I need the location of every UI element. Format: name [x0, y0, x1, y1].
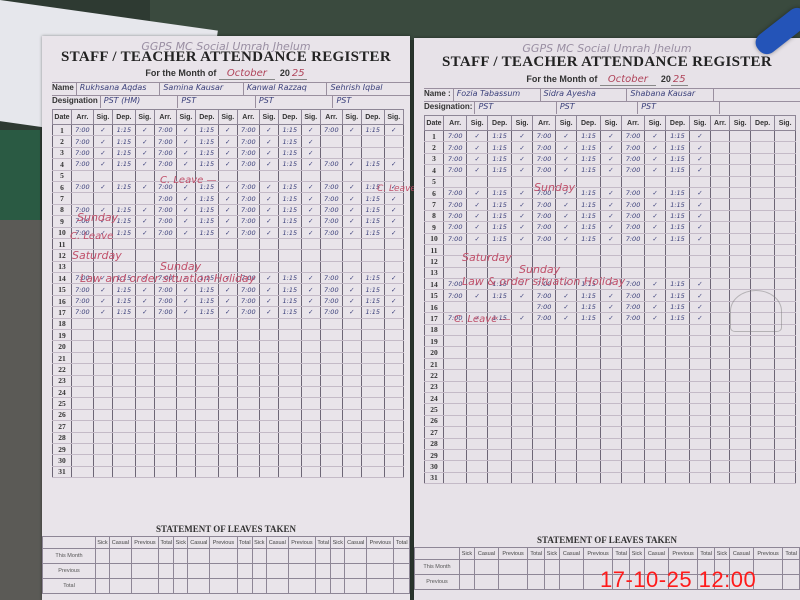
attendance-cell	[301, 341, 320, 352]
attendance-cell	[710, 381, 730, 392]
attendance-cell	[218, 261, 237, 272]
attendance-cell	[665, 244, 689, 255]
leaves-cell	[237, 579, 252, 594]
attendance-cell: 7:00	[444, 233, 467, 244]
note-saturday: Saturday	[72, 249, 122, 262]
attendance-cell	[301, 170, 320, 181]
attendance-cell	[621, 449, 644, 460]
attendance-cell	[154, 341, 176, 352]
attendance-cell	[320, 318, 342, 329]
attendance-cell	[301, 364, 320, 375]
table-row: 29	[53, 443, 404, 454]
attendance-cell	[362, 250, 385, 261]
attendance-cell	[362, 398, 385, 409]
attendance-cell	[690, 438, 711, 449]
attendance-cell: 1:15	[665, 313, 689, 324]
attendance-cell	[113, 352, 136, 363]
attendance-cell	[645, 267, 666, 278]
leaves-cell	[316, 549, 331, 564]
attendance-cell	[621, 381, 644, 392]
leaves-column-header: Total	[613, 548, 630, 560]
attendance-cell	[730, 358, 751, 369]
attendance-cell	[665, 438, 689, 449]
leaves-column-header: Casual	[345, 537, 367, 549]
leaves-cell	[288, 579, 315, 594]
attendance-cell: 1:15	[665, 279, 689, 290]
attendance-cell: ✓	[342, 159, 361, 170]
attendance-cell	[93, 193, 112, 204]
attendance-cell: ✓	[467, 199, 488, 210]
attendance-cell: 7:00	[621, 210, 644, 221]
attendance-cell	[320, 238, 342, 249]
leaves-cell	[331, 549, 345, 564]
leaves-column-header: Sick	[96, 537, 110, 549]
column-header: Sig.	[259, 110, 278, 125]
name-row: Name : Fozia Tabassum Sidra Ayesha Shaba…	[424, 88, 800, 101]
attendance-cell	[556, 404, 577, 415]
attendance-cell	[751, 187, 775, 198]
attendance-cell	[730, 336, 751, 347]
attendance-cell	[218, 386, 237, 397]
column-header: Dep.	[488, 116, 512, 131]
attendance-cell	[301, 455, 320, 466]
attendance-cell: 1:15	[576, 290, 600, 301]
attendance-cell	[154, 455, 176, 466]
column-header: Arr.	[320, 110, 342, 125]
attendance-cell	[218, 250, 237, 261]
attendance-cell	[154, 409, 176, 420]
attendance-cell: 7:00	[320, 284, 342, 295]
attendance-cell	[601, 176, 622, 187]
attendance-cell: ✓	[301, 295, 320, 306]
attendance-cell	[751, 199, 775, 210]
attendance-cell	[556, 392, 577, 403]
attendance-cell: ✓	[384, 273, 403, 284]
leaves-column-header: Total	[316, 537, 331, 549]
table-row: 17:00✓1:15✓7:00✓1:15✓7:00✓1:15✓7:00✓1:15…	[53, 125, 404, 136]
attendance-cell: 1:15	[113, 307, 136, 318]
leaves-title: STATEMENT OF LEAVES TAKEN	[414, 535, 800, 547]
attendance-cell: ✓	[135, 125, 154, 136]
attendance-cell: 7:00	[444, 131, 467, 142]
attendance-cell	[467, 392, 488, 403]
staff-name: Rukhsana Aqdas	[76, 83, 160, 95]
attendance-cell	[72, 443, 94, 454]
attendance-cell: ✓	[601, 199, 622, 210]
attendance-cell: ✓	[690, 290, 711, 301]
leaves-column-header: Total	[159, 537, 174, 549]
attendance-cell	[576, 256, 600, 267]
attendance-cell: ✓	[601, 142, 622, 153]
attendance-cell	[690, 381, 711, 392]
attendance-cell	[196, 421, 219, 432]
attendance-cell	[645, 415, 666, 426]
attendance-cell: ✓	[690, 279, 711, 290]
date-cell: 22	[53, 364, 72, 375]
table-row: 30	[425, 461, 796, 472]
date-cell: 29	[53, 443, 72, 454]
attendance-cell	[775, 461, 796, 472]
attendance-cell	[237, 341, 259, 352]
attendance-cell	[532, 347, 555, 358]
attendance-cell	[259, 250, 278, 261]
staff-name: Fozia Tabassum	[453, 89, 540, 101]
attendance-cell	[237, 398, 259, 409]
attendance-cell	[135, 409, 154, 420]
leaves-cell	[266, 564, 288, 579]
attendance-cell	[751, 222, 775, 233]
attendance-cell	[532, 392, 555, 403]
designation-row: Designation: PST PST PST	[424, 101, 800, 114]
designation-label: Designation	[52, 96, 100, 108]
year-value: 25	[671, 74, 688, 86]
attendance-cell	[196, 455, 219, 466]
date-cell: 12	[425, 256, 444, 267]
attendance-cell	[237, 364, 259, 375]
attendance-cell	[154, 466, 176, 477]
leaves-cell	[109, 549, 131, 564]
attendance-cell	[72, 409, 94, 420]
date-cell: 12	[53, 250, 72, 261]
attendance-cell: 1:15	[665, 165, 689, 176]
attendance-cell	[196, 386, 219, 397]
attendance-cell	[512, 472, 533, 483]
attendance-cell	[362, 443, 385, 454]
attendance-cell	[710, 336, 730, 347]
register-title: STAFF / TEACHER ATTENDANCE REGISTER	[42, 49, 410, 66]
attendance-cell	[196, 352, 219, 363]
leaves-cell	[131, 579, 158, 594]
attendance-cell	[342, 398, 361, 409]
attendance-cell	[488, 301, 512, 312]
leaves-column-header: Casual	[644, 548, 668, 560]
attendance-cell	[665, 347, 689, 358]
date-cell: 7	[425, 199, 444, 210]
note-saturday: Saturday	[462, 251, 512, 264]
leaves-cell	[188, 549, 210, 564]
attendance-cell	[342, 238, 361, 249]
attendance-cell	[751, 347, 775, 358]
leaves-cell	[252, 564, 266, 579]
attendance-cell: 7:00	[154, 147, 176, 158]
staff-designation: PST	[474, 102, 555, 114]
attendance-cell	[342, 432, 361, 443]
register-title: STAFF / TEACHER ATTENDANCE REGISTER	[414, 54, 800, 71]
register-page-left: GGPS MC Social Umrah Jhelum STAFF / TEAC…	[42, 36, 410, 600]
table-row: 31	[53, 466, 404, 477]
attendance-cell	[556, 461, 577, 472]
table-row: 28	[425, 438, 796, 449]
leaves-column-header: Previous	[753, 548, 783, 560]
date-cell: 18	[425, 324, 444, 335]
date-cell: 3	[425, 153, 444, 164]
leaves-row-label: Previous	[415, 575, 460, 590]
leaves-cell	[331, 564, 345, 579]
attendance-cell: 7:00	[154, 136, 176, 147]
attendance-cell	[576, 449, 600, 460]
attendance-cell	[751, 370, 775, 381]
attendance-cell	[279, 250, 302, 261]
attendance-cell	[320, 455, 342, 466]
attendance-cell: 7:00	[320, 216, 342, 227]
attendance-cell	[342, 147, 361, 158]
attendance-cell: ✓	[259, 136, 278, 147]
attendance-cell	[710, 210, 730, 221]
attendance-cell	[444, 381, 467, 392]
attendance-cell	[320, 261, 342, 272]
table-row: 25	[53, 398, 404, 409]
attendance-cell: ✓	[259, 125, 278, 136]
designation-label: Designation:	[424, 102, 474, 114]
attendance-cell	[237, 443, 259, 454]
attendance-cell	[532, 427, 555, 438]
attendance-cell	[556, 336, 577, 347]
attendance-cell	[601, 336, 622, 347]
attendance-cell: ✓	[512, 199, 533, 210]
attendance-cell: 1:15	[279, 159, 302, 170]
table-row: 28	[53, 432, 404, 443]
date-cell: 14	[425, 279, 444, 290]
attendance-cell	[342, 341, 361, 352]
attendance-cell: ✓	[135, 295, 154, 306]
leaves-column-header: Casual	[266, 537, 288, 549]
attendance-cell	[690, 358, 711, 369]
attendance-cell	[237, 238, 259, 249]
attendance-cell: ✓	[93, 136, 112, 147]
attendance-cell	[196, 364, 219, 375]
attendance-cell	[362, 375, 385, 386]
attendance-cell	[488, 415, 512, 426]
attendance-cell: 1:15	[362, 216, 385, 227]
leaves-cell	[96, 549, 110, 564]
leaves-column-header: Total	[698, 548, 715, 560]
attendance-cell	[135, 330, 154, 341]
column-header: Sig.	[512, 116, 533, 131]
attendance-cell	[259, 409, 278, 420]
attendance-cell: ✓	[176, 204, 195, 215]
attendance-cell	[237, 432, 259, 443]
attendance-cell: ✓	[512, 290, 533, 301]
attendance-cell	[279, 170, 302, 181]
date-cell: 8	[425, 210, 444, 221]
attendance-cell	[710, 244, 730, 255]
attendance-cell	[320, 398, 342, 409]
attendance-cell	[93, 421, 112, 432]
attendance-cell: ✓	[467, 210, 488, 221]
attendance-cell	[512, 449, 533, 460]
month-label: For the Month of	[145, 68, 216, 78]
attendance-cell	[576, 336, 600, 347]
attendance-cell	[237, 318, 259, 329]
attendance-cell: ✓	[384, 307, 403, 318]
attendance-cell: ✓	[135, 181, 154, 192]
attendance-cell: 1:15	[279, 147, 302, 158]
leaves-row: Total	[43, 579, 410, 594]
attendance-cell: 1:15	[113, 147, 136, 158]
attendance-cell	[154, 443, 176, 454]
leaves-cell	[159, 579, 174, 594]
date-cell: 4	[425, 165, 444, 176]
attendance-cell	[665, 449, 689, 460]
table-row: 27:00✓1:15✓7:00✓1:15✓7:00✓1:15✓	[53, 136, 404, 147]
attendance-cell: 1:15	[362, 227, 385, 238]
leaves-cell	[331, 579, 345, 594]
attendance-cell	[218, 352, 237, 363]
designation-row: Designation PST (HM) PST PST PST	[52, 95, 410, 108]
attendance-cell	[320, 170, 342, 181]
attendance-cell	[279, 409, 302, 420]
attendance-cell	[690, 256, 711, 267]
leaves-cell	[367, 564, 394, 579]
attendance-cell	[301, 238, 320, 249]
attendance-cell: 1:15	[488, 210, 512, 221]
leaves-cell	[345, 579, 367, 594]
attendance-cell	[72, 421, 94, 432]
attendance-cell: ✓	[690, 187, 711, 198]
attendance-cell: 7:00	[444, 210, 467, 221]
attendance-cell	[488, 461, 512, 472]
attendance-cell	[576, 461, 600, 472]
attendance-cell: 1:15	[279, 216, 302, 227]
attendance-cell	[751, 427, 775, 438]
attendance-cell: 7:00	[154, 307, 176, 318]
attendance-cell	[342, 409, 361, 420]
attendance-cell	[196, 466, 219, 477]
attendance-cell: ✓	[218, 284, 237, 295]
staff-designation: PST	[556, 102, 637, 114]
attendance-cell	[72, 330, 94, 341]
attendance-cell: ✓	[645, 210, 666, 221]
leaves-row-label: This Month	[43, 549, 96, 564]
attendance-cell	[93, 261, 112, 272]
table-row: 30	[53, 455, 404, 466]
attendance-cell	[384, 443, 403, 454]
staff-name: Kanwal Razzaq	[243, 83, 327, 95]
attendance-cell	[135, 466, 154, 477]
attendance-cell	[93, 466, 112, 477]
attendance-cell: ✓	[601, 153, 622, 164]
attendance-cell	[576, 415, 600, 426]
date-cell: 30	[53, 455, 72, 466]
attendance-cell	[467, 176, 488, 187]
attendance-cell	[176, 318, 195, 329]
attendance-cell	[113, 432, 136, 443]
leaves-column-header: Sick	[460, 548, 475, 560]
attendance-cell: 1:15	[576, 142, 600, 153]
staff-name: Sidra Ayesha	[540, 89, 627, 101]
attendance-cell: 7:00	[72, 159, 94, 170]
table-row: 23	[425, 381, 796, 392]
date-cell: 10	[425, 233, 444, 244]
attendance-cell: ✓	[384, 193, 403, 204]
attendance-cell: ✓	[384, 159, 403, 170]
attendance-cell: ✓	[218, 159, 237, 170]
attendance-cell	[93, 432, 112, 443]
attendance-cell	[556, 427, 577, 438]
table-row: 31	[425, 472, 796, 483]
attendance-cell	[218, 375, 237, 386]
month-line: For the Month of October 2025	[42, 68, 410, 79]
leaves-column-header: Total	[394, 537, 410, 549]
attendance-cell	[556, 381, 577, 392]
attendance-cell	[751, 461, 775, 472]
attendance-cell	[72, 341, 94, 352]
attendance-cell: ✓	[384, 284, 403, 295]
attendance-cell	[218, 466, 237, 477]
timestamp-overlay: 17-10-25 12:00	[600, 567, 756, 593]
attendance-cell	[218, 330, 237, 341]
attendance-cell	[279, 364, 302, 375]
staff-designation: PST (HM)	[100, 96, 178, 108]
attendance-cell	[362, 261, 385, 272]
date-cell: 21	[425, 358, 444, 369]
attendance-cell	[384, 250, 403, 261]
leaves-cell	[174, 579, 188, 594]
attendance-cell	[237, 330, 259, 341]
attendance-cell: 1:15	[196, 136, 219, 147]
attendance-cell: 1:15	[362, 295, 385, 306]
month-label: For the Month of	[526, 74, 597, 84]
attendance-cell: ✓	[342, 216, 361, 227]
attendance-cell: 1:15	[576, 233, 600, 244]
attendance-cell	[320, 341, 342, 352]
attendance-cell	[72, 170, 94, 181]
attendance-cell	[93, 398, 112, 409]
table-row: 77:00✓1:15✓7:00✓1:15✓7:00✓1:15✓	[425, 199, 796, 210]
attendance-cell	[384, 455, 403, 466]
attendance-cell: ✓	[556, 290, 577, 301]
attendance-cell: ✓	[135, 204, 154, 215]
attendance-cell	[751, 153, 775, 164]
attendance-cell	[751, 267, 775, 278]
attendance-cell	[710, 427, 730, 438]
attendance-cell	[237, 261, 259, 272]
attendance-cell	[384, 261, 403, 272]
leaves-column-header: Sick	[629, 548, 644, 560]
staff-designation: PST	[177, 96, 255, 108]
attendance-cell	[601, 358, 622, 369]
signature-mark	[730, 290, 782, 332]
attendance-cell: ✓	[512, 165, 533, 176]
attendance-cell: 7:00	[621, 222, 644, 233]
attendance-cell: 1:15	[665, 131, 689, 142]
attendance-cell	[237, 375, 259, 386]
attendance-cell	[320, 330, 342, 341]
attendance-cell: 7:00	[237, 136, 259, 147]
leaves-table: SickCasualPreviousTotalSickCasualPreviou…	[42, 536, 410, 594]
attendance-cell: 1:15	[665, 233, 689, 244]
attendance-cell	[665, 392, 689, 403]
date-cell: 3	[53, 147, 72, 158]
leaves-column-header: Casual	[559, 548, 583, 560]
table-row: 20	[53, 341, 404, 352]
attendance-cell	[384, 170, 403, 181]
attendance-cell: 1:15	[488, 165, 512, 176]
attendance-cell	[730, 165, 751, 176]
leaves-cell	[783, 560, 800, 575]
attendance-cell: ✓	[384, 295, 403, 306]
background-green-folder	[0, 130, 40, 220]
attendance-cell	[512, 347, 533, 358]
leaves-cell	[266, 579, 288, 594]
attendance-cell: 1:15	[362, 204, 385, 215]
attendance-grid-left: DateArr.Sig.Dep.Sig.Arr.Sig.Dep.Sig.Arr.…	[52, 109, 404, 478]
staff-designation: PST	[255, 96, 333, 108]
attendance-cell: 7:00	[154, 227, 176, 238]
attendance-cell	[730, 347, 751, 358]
month-value: October	[600, 74, 656, 86]
attendance-cell	[72, 455, 94, 466]
